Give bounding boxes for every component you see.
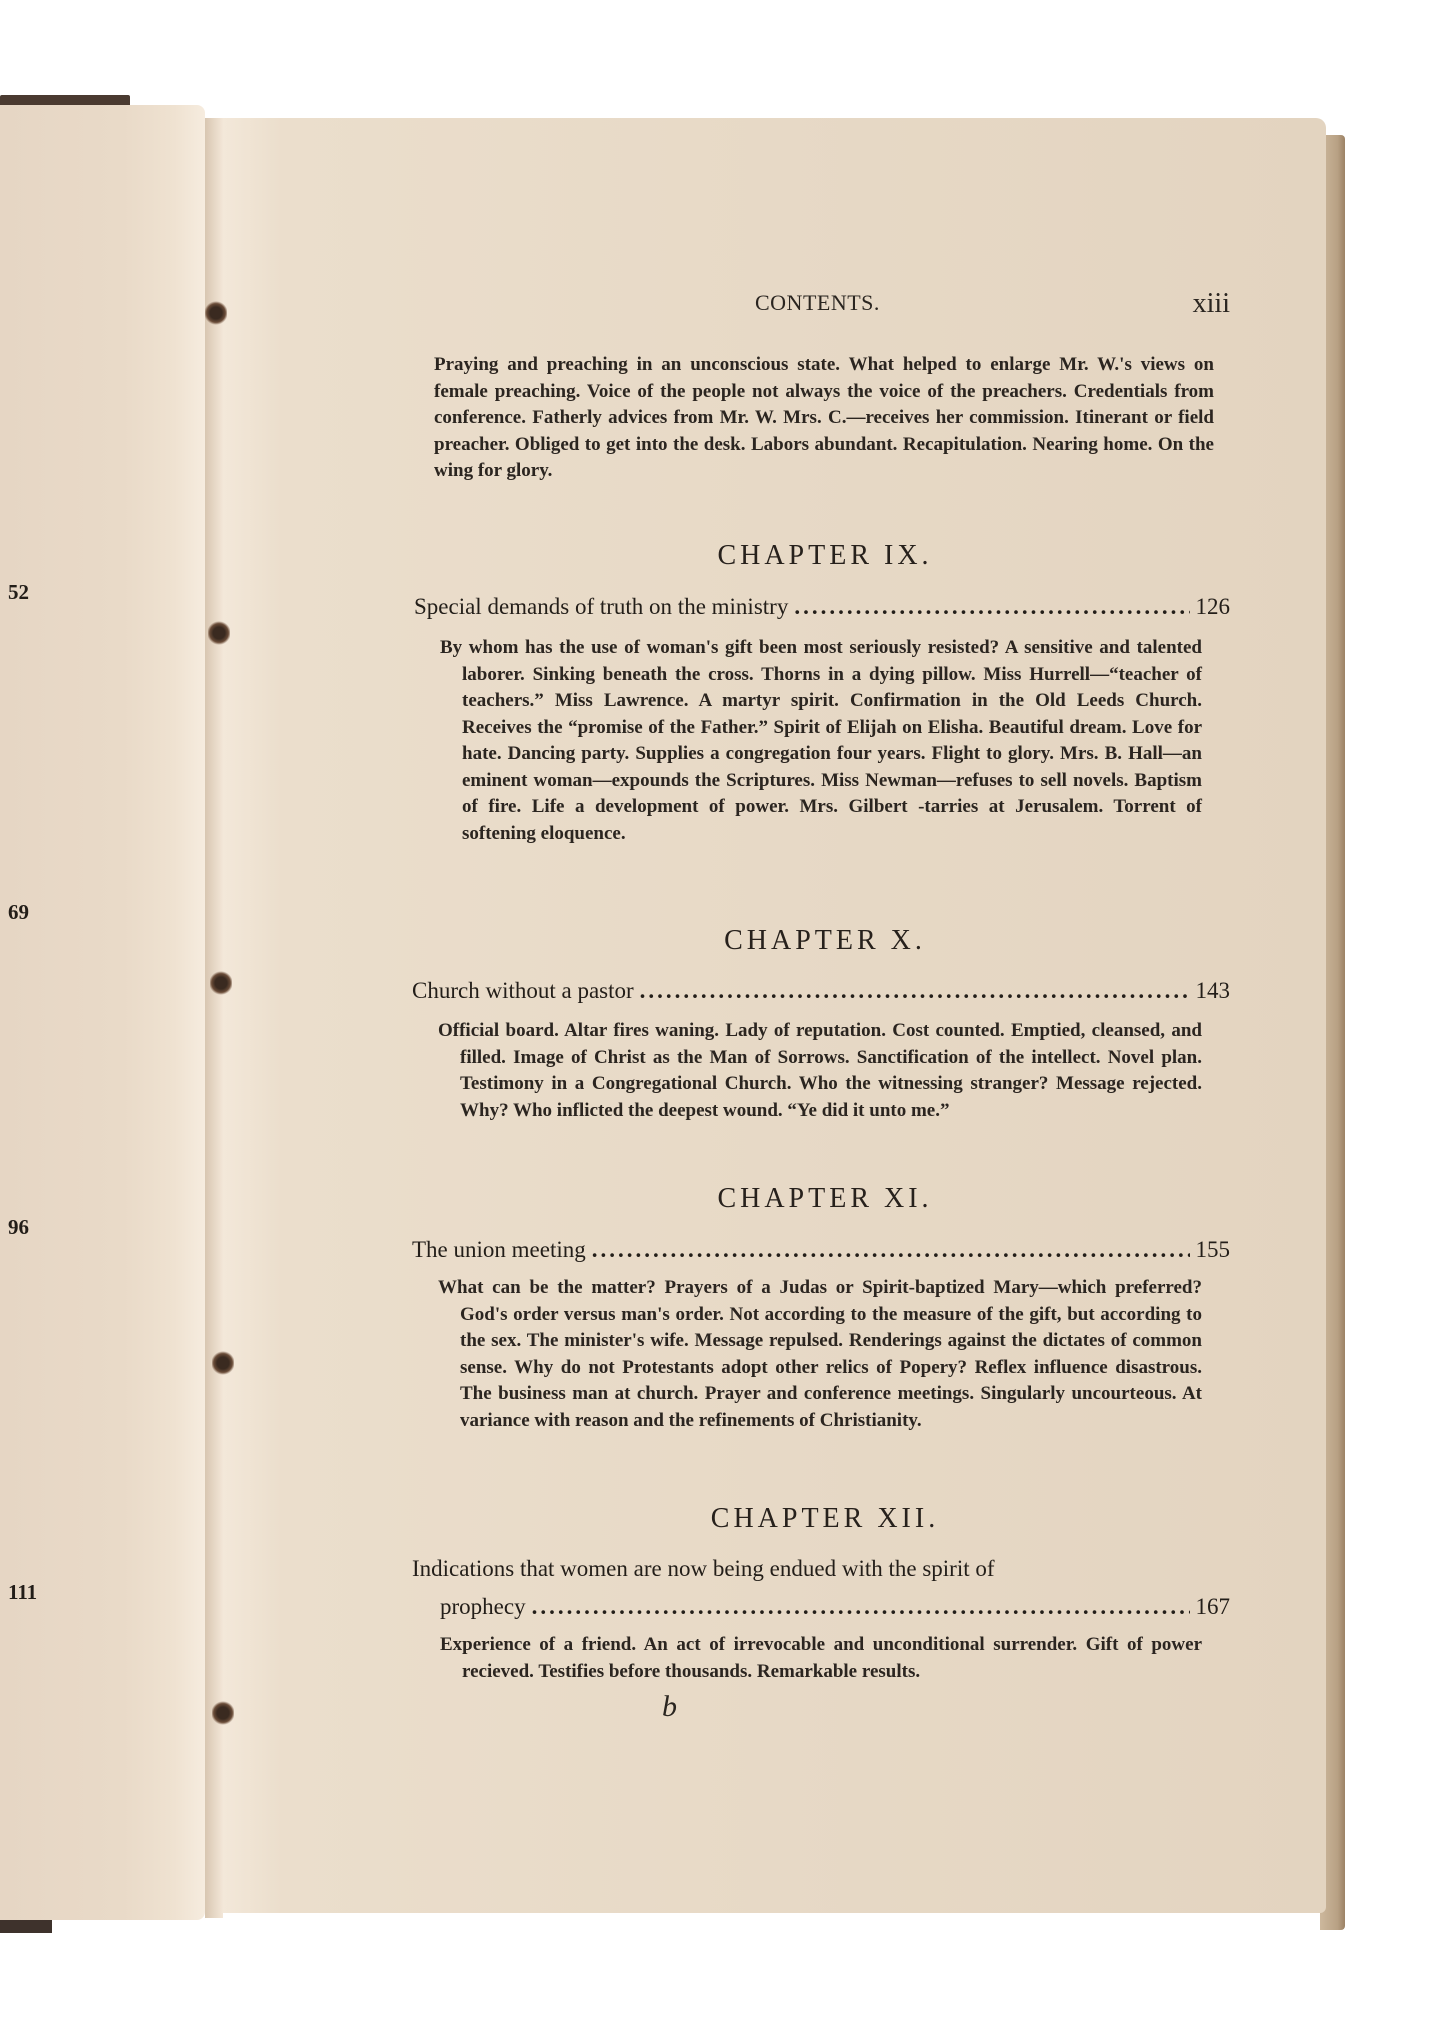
leader-dots: ........................................… <box>794 594 1189 620</box>
left-page-number: 96 <box>8 1215 29 1240</box>
leader-dots: ........................................… <box>640 978 1190 1004</box>
binding-hole-icon <box>205 300 227 326</box>
entry-page-number: 155 <box>1196 1237 1231 1263</box>
entry-title: Indications that women are now being end… <box>412 1556 995 1582</box>
binding-hole-icon <box>208 620 230 646</box>
page-number: xiii <box>1193 288 1230 320</box>
chapter-heading: CHAPTER XI. <box>420 1183 1230 1215</box>
toc-entry[interactable]: Church without a pastor ................… <box>412 978 1230 1004</box>
chapter-summary: Experience of a friend. An act of irrevo… <box>440 1632 1202 1685</box>
chapter-summary: Official board. Altar fires waning. Lady… <box>438 1018 1202 1124</box>
toc-entry-line2[interactable]: prophecy ...............................… <box>440 1594 1230 1620</box>
signature-mark: b <box>662 1690 677 1724</box>
toc-entry-line1[interactable]: Indications that women are now being end… <box>412 1556 1230 1582</box>
binding-hole-icon <box>212 1700 234 1726</box>
running-header: CONTENTS. xiii <box>420 290 1230 330</box>
chapter-heading: CHAPTER X. <box>420 925 1230 957</box>
left-page-number: 52 <box>8 580 29 605</box>
entry-page-number: 143 <box>1196 978 1231 1004</box>
toc-entry[interactable]: Special demands of truth on the ministry… <box>414 594 1230 620</box>
chapter-heading: CHAPTER IX. <box>420 540 1230 572</box>
left-page: 52 69 96 111 <box>0 105 205 1920</box>
entry-page-number: 126 <box>1196 594 1231 620</box>
binding-hole-icon <box>210 970 232 996</box>
left-page-number: 111 <box>8 1580 37 1605</box>
chapter-heading: CHAPTER XII. <box>420 1503 1230 1535</box>
entry-page-number: 167 <box>1196 1594 1231 1620</box>
entry-title: prophecy <box>440 1594 526 1620</box>
entry-title: Special demands of truth on the ministry <box>414 594 788 620</box>
continuation-summary: Praying and preaching in an unconscious … <box>434 352 1214 485</box>
leader-dots: ........................................… <box>592 1237 1190 1263</box>
entry-title: Church without a pastor <box>412 978 634 1004</box>
left-page-number: 69 <box>8 900 29 925</box>
book-gutter <box>205 118 223 1918</box>
chapter-summary: What can be the matter? Prayers of a Jud… <box>438 1275 1202 1434</box>
chapter-summary: By whom has the use of woman's gift been… <box>440 635 1202 847</box>
toc-entry[interactable]: The union meeting ......................… <box>412 1237 1230 1263</box>
binding-hole-icon <box>212 1350 234 1376</box>
entry-title: The union meeting <box>412 1237 586 1263</box>
leader-dots: ........................................… <box>532 1594 1190 1620</box>
running-head-title: CONTENTS. <box>755 290 880 316</box>
